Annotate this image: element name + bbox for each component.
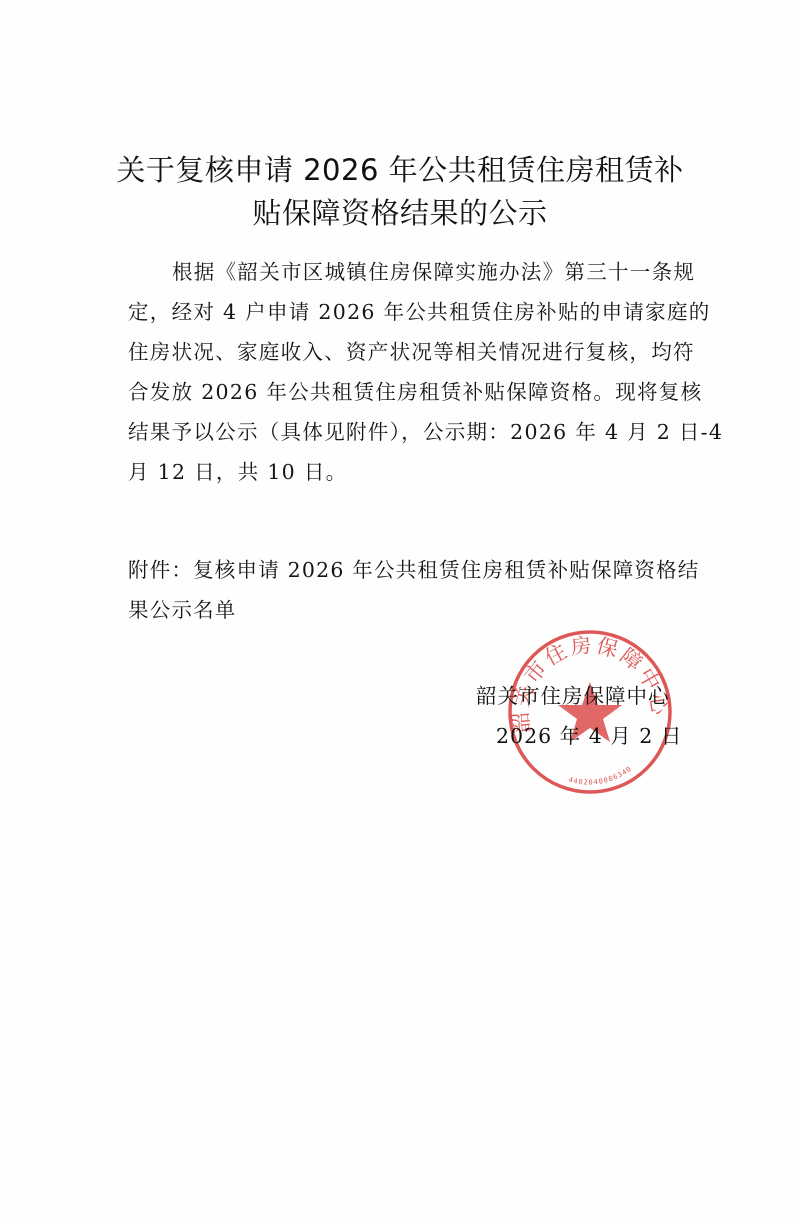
body-line: 结果予以公示（具体见附件），公示期：2026 年 4 月 2 日-4 [128, 412, 688, 452]
body-line: 定，经对 4 户申请 2026 年公共租赁住房补贴的申请家庭的 [128, 292, 688, 332]
body-line: 根据《韶关市区城镇住房保障实施办法》第三十一条规 [128, 252, 688, 292]
document-page: 关于复核申请 2026 年公共租赁住房租赁补 贴保障资格结果的公示 根据《韶关市… [0, 0, 800, 1224]
attachment-note: 附件：复核申请 2026 年公共租赁住房租赁补贴保障资格结 果公示名单 [128, 550, 698, 630]
issue-date: 2026 年 4 月 2 日 [476, 716, 682, 756]
attachment-line: 果公示名单 [128, 590, 698, 630]
body-line: 住房状况、家庭收入、资产状况等相关情况进行复核，均符 [128, 332, 688, 372]
issuing-organization: 韶关市住房保障中心 [476, 676, 682, 716]
body-line: 合发放 2026 年公共租赁住房租赁补贴保障资格。现将复核 [128, 372, 688, 412]
title-line-1: 关于复核申请 2026 年公共租赁住房租赁补 [100, 149, 700, 192]
signature-block: 韶关市住房保障中心 2026 年 4 月 2 日 [476, 676, 682, 756]
attachment-line: 附件：复核申请 2026 年公共租赁住房租赁补贴保障资格结 [128, 550, 698, 590]
document-body: 根据《韶关市区城镇住房保障实施办法》第三十一条规 定，经对 4 户申请 2026… [128, 252, 688, 492]
body-line: 月 12 日，共 10 日。 [128, 452, 688, 492]
document-title: 关于复核申请 2026 年公共租赁住房租赁补 贴保障资格结果的公示 [100, 149, 700, 235]
title-line-2: 贴保障资格结果的公示 [100, 192, 700, 235]
